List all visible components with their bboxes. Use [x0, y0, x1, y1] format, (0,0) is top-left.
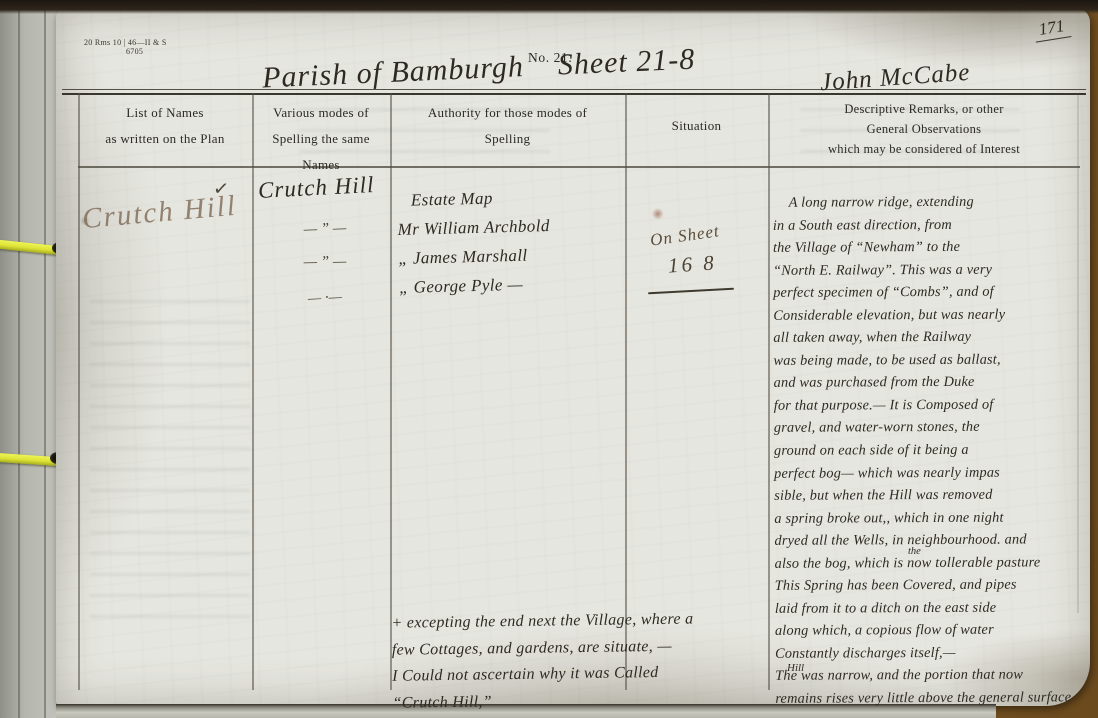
- column-header-line: Spelling: [390, 126, 625, 152]
- authority-line: „ George Pyle —: [399, 269, 552, 302]
- column-header-line: which may be considered of Interest: [768, 139, 1080, 159]
- column-header-line: Descriptive Remarks, or other: [768, 99, 1080, 119]
- column-header-remarks: Descriptive Remarks, or other General Ob…: [768, 99, 1080, 159]
- remarks-line: gravel, and water-worn stones, the: [774, 416, 1092, 440]
- page-edge-crease: [44, 0, 46, 718]
- column-header-line: List of Names: [78, 100, 252, 126]
- remarks-line: Considerable elevation, but was nearly: [773, 303, 1091, 327]
- remarks-line: and was purchased from the Duke: [774, 371, 1092, 395]
- remarks-line: perfect bog— which was nearly impas: [774, 461, 1092, 485]
- table-column-divider: [390, 93, 392, 690]
- remarks-line: dryed all the Wells, in neighbourhood. a…: [774, 528, 1092, 552]
- ditto-mark: — ” —: [293, 220, 358, 239]
- remarks-line: was being made, to be used as ballast,: [773, 348, 1091, 372]
- table-column-divider: [768, 93, 770, 690]
- photo-shadow-top: [0, 0, 1098, 14]
- entry-remarks: A long narrow ridge, extendingin a South…: [773, 190, 1094, 710]
- remarks-line: remains rises very little above the gene…: [775, 686, 1093, 710]
- column-header-line: Spelling the same Names: [252, 126, 390, 178]
- column-header-line: Authority for those modes of: [390, 100, 625, 126]
- header-bottom-rule: [78, 166, 1080, 168]
- ditto-mark: — ·—: [293, 288, 358, 308]
- remarks-line: for that purpose.— It is Composed of: [774, 393, 1092, 417]
- remarks-line: “North E. Railway”. This was a very: [773, 258, 1091, 282]
- authority-line: „ James Marshall: [398, 240, 551, 273]
- remarks-line: in a South east direction, from: [773, 213, 1091, 237]
- remarks-line: The was narrow, and the portion that now: [775, 664, 1093, 688]
- remarks-line: sible, but when the Hill was removed: [774, 483, 1092, 507]
- interlinear-insertion-the: the: [908, 546, 921, 557]
- print-code-line2: 6705: [84, 47, 167, 56]
- checkmark-annotation: ✓: [212, 177, 230, 202]
- column-header-line: General Observations: [768, 119, 1080, 139]
- entry-situation-number: 16 8: [667, 250, 717, 278]
- column-header-line: Various modes of: [252, 100, 390, 126]
- remarks-line: Constantly discharges itself,—: [775, 641, 1093, 665]
- remarks-line: also the bog, which is now tollerable pa…: [775, 551, 1093, 575]
- table-column-divider: [252, 93, 254, 690]
- remarks-line: a spring broke out,, which in one night: [774, 506, 1092, 530]
- print-code-stamp: 20 Rms 10 | 46—II & S 6705: [84, 38, 167, 56]
- entry-footnote: + excepting the end next the Village, wh…: [391, 605, 784, 716]
- remarks-line: laid from it to a ditch on the east side: [775, 596, 1093, 620]
- interlinear-insertion-hill: Hill: [787, 662, 804, 674]
- authority-line: Mr William Archbold: [397, 211, 550, 244]
- footnote-line: “Crutch Hill,”: [392, 685, 784, 717]
- remarks-line: along which, a copious flow of water: [775, 619, 1093, 643]
- page-edge-crease: [18, 0, 20, 718]
- column-header-authority: Authority for those modes of Spelling: [390, 100, 625, 152]
- remarks-line: A long narrow ridge, extending: [773, 190, 1091, 214]
- column-header-spelling-modes: Various modes of Spelling the same Names: [252, 100, 390, 178]
- remarks-line: all taken away, when the Railway: [773, 325, 1091, 349]
- table-top-double-rule: [62, 89, 1086, 95]
- sheet-reference: Sheet 21-8: [557, 43, 696, 82]
- table-left-border: [78, 93, 80, 690]
- print-code-line1: 20 Rms 10 | 46—II & S: [84, 38, 167, 47]
- remarks-line: perfect specimen of “Combs”, and of: [773, 280, 1091, 304]
- table-column-divider: [625, 93, 627, 690]
- authority-line: Estate Map: [397, 182, 550, 215]
- remarks-line: the Village of “Newham” to the: [773, 235, 1091, 259]
- name-book-page-photo: 20 Rms 10 | 46—II & S 6705 No. 21. Paris…: [0, 0, 1098, 718]
- column-header-names: List of Names as written on the Plan: [78, 100, 252, 152]
- remarks-line: ground on each side of it being a: [774, 438, 1092, 462]
- entry-authorities: Estate MapMr William Archbold„ James Mar…: [397, 182, 552, 302]
- column-header-line: as written on the Plan: [78, 126, 252, 152]
- remarks-line: This Spring has been Covered, and pipes: [775, 573, 1093, 597]
- column-header-situation: Situation: [625, 113, 768, 139]
- ditto-mark: — ” —: [293, 253, 357, 271]
